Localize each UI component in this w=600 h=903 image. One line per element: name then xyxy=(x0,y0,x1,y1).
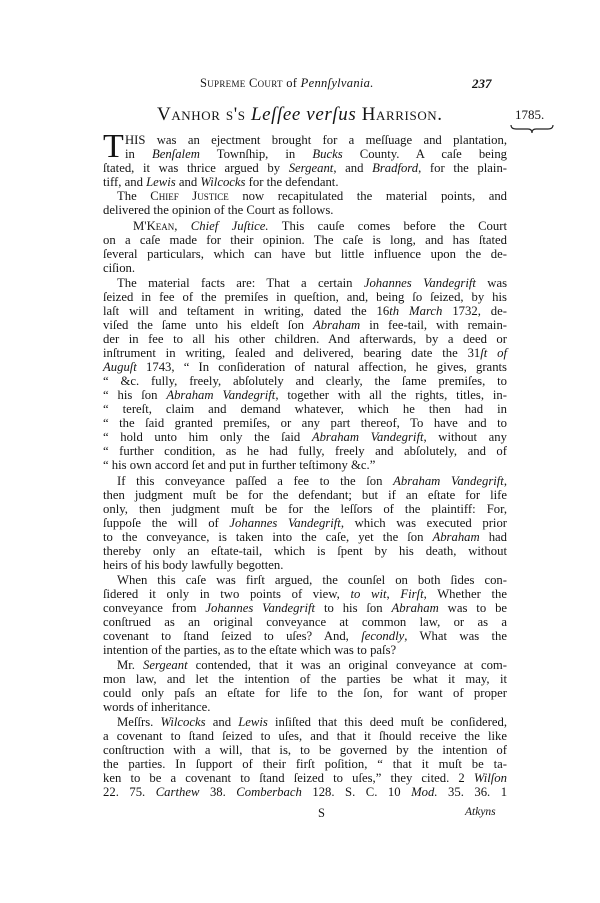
text-line: The Chief Justice now recapitulated the … xyxy=(103,189,507,203)
text-line: viſed the ſame unto his eldeſt ſon Abrah… xyxy=(103,318,507,332)
text-line: only, then judgment muſt be for the leſſ… xyxy=(103,502,507,516)
page-number: 237 xyxy=(472,76,492,92)
text-line: ſeized in fee of the premiſes in queſtio… xyxy=(103,290,507,304)
text-line: der in fee to all his other children. An… xyxy=(103,332,507,346)
text-line: ſtated, it was thrice argued by Sergeant… xyxy=(103,161,507,175)
text-line: conſtruction with a will, that is, to be… xyxy=(103,743,507,757)
text-line: tiff, and Lewis and Wilcocks for the def… xyxy=(103,175,507,189)
margin-year: 1785. xyxy=(515,107,544,123)
text-line: thereby only an eſtate-tail, which is ſp… xyxy=(103,544,507,558)
text-line: Auguſt 1743, “ In conſideration of natur… xyxy=(103,360,507,374)
text-line: When this caſe was firſt argued, the cou… xyxy=(103,573,507,587)
text-line: M'Kean, Chief Juſtice. This cauſe comes … xyxy=(103,219,507,233)
text-line: Meſſrs. Wilcocks and Lewis inſiſted that… xyxy=(103,715,507,729)
text-line: “ &c. fully, freely, abſolutely and clea… xyxy=(103,374,507,388)
text-line: “ the ſaid granted premiſes, or any part… xyxy=(103,416,507,430)
text-line: in Benſalem Townſhip, in Bucks County. A… xyxy=(103,147,507,161)
text-line: inſtrument in writing, ſealed and delive… xyxy=(103,346,507,360)
text-line: HIS was an ejectment brought for a meſſu… xyxy=(103,133,507,147)
text-line: “ his own accord ſet and put in further … xyxy=(103,458,507,472)
text-line: conſtrued as an original conveyance at c… xyxy=(103,615,507,629)
text-line: ſeveral particulars, which can have but … xyxy=(103,247,507,261)
catchword: Atkyns xyxy=(465,806,496,818)
case-title-lessee-versus: Leſſee verſus xyxy=(251,104,362,125)
text-line: ken to be a covenant to ſtand ſeized to … xyxy=(103,771,507,785)
text-line: mon law, and let the intention of the pa… xyxy=(103,672,507,686)
case-title-plaintiff: Vanhor ſ's xyxy=(157,104,251,125)
running-head-court: Supreme Court xyxy=(200,76,283,90)
text-line: conveyance from Johannes Vandegrift to h… xyxy=(103,601,507,615)
text-line: ciſion. xyxy=(103,261,507,275)
text-line: If this conveyance paſſed a fee to the ſ… xyxy=(103,474,507,488)
text-line: 22. 75. Carthew 38. Comberbach 128. S. C… xyxy=(103,785,507,799)
book-page: Supreme Court of Pennſylvania. 237 Vanho… xyxy=(0,0,600,903)
running-head-of: of xyxy=(283,76,301,90)
running-head-state: Pennſylvania. xyxy=(301,76,374,90)
text-line: heirs of his body lawfully begotten. xyxy=(103,558,507,572)
text-line: laſt will and teſtament in writing, date… xyxy=(103,304,507,318)
text-line: to the conveyance, is taken into the caſ… xyxy=(103,530,507,544)
text-line: “ tereſt, claim and demand whatever, whi… xyxy=(103,402,507,416)
margin-brace-icon xyxy=(510,124,554,134)
text-line: “ hold unto him only the ſaid Abraham Va… xyxy=(103,430,507,444)
text-line: ſidered it only in two points of view, t… xyxy=(103,587,507,601)
text-line: the parties. In ſupport of their firſt p… xyxy=(103,757,507,771)
text-line: then judgment muſt be for the defendant;… xyxy=(103,488,507,502)
text-line: Mr. Sergeant contended, that it was an o… xyxy=(103,658,507,672)
text-line: ſuppoſe the will of Johannes Vandegrift,… xyxy=(103,516,507,530)
text-line: “ his ſon Abraham Vandegrift, together w… xyxy=(103,388,507,402)
text-line: could only paſs an eſtate for life to th… xyxy=(103,686,507,700)
case-title-defendant: Harrison. xyxy=(362,104,443,125)
running-head: Supreme Court of Pennſylvania. xyxy=(200,76,374,91)
text-line: words of inheritance. xyxy=(103,700,507,714)
signature-mark: S xyxy=(318,806,325,821)
text-line: The material facts are: That a certain J… xyxy=(103,276,507,290)
text-line: intention of the parties, as to the eſta… xyxy=(103,643,507,657)
case-title: Vanhor ſ's Leſſee verſus Harrison. xyxy=(157,104,443,126)
text-line: “ further condition, as he had fully, fr… xyxy=(103,444,507,458)
text-line: covenant to ſtand ſeized to uſes? And, ſ… xyxy=(103,629,507,643)
text-line: on a caſe made for their opinion. The ca… xyxy=(103,233,507,247)
text-line: delivered the opinion of the Court as fo… xyxy=(103,203,507,217)
text-line: a covenant to ſtand ſeized to uſes, and … xyxy=(103,729,507,743)
